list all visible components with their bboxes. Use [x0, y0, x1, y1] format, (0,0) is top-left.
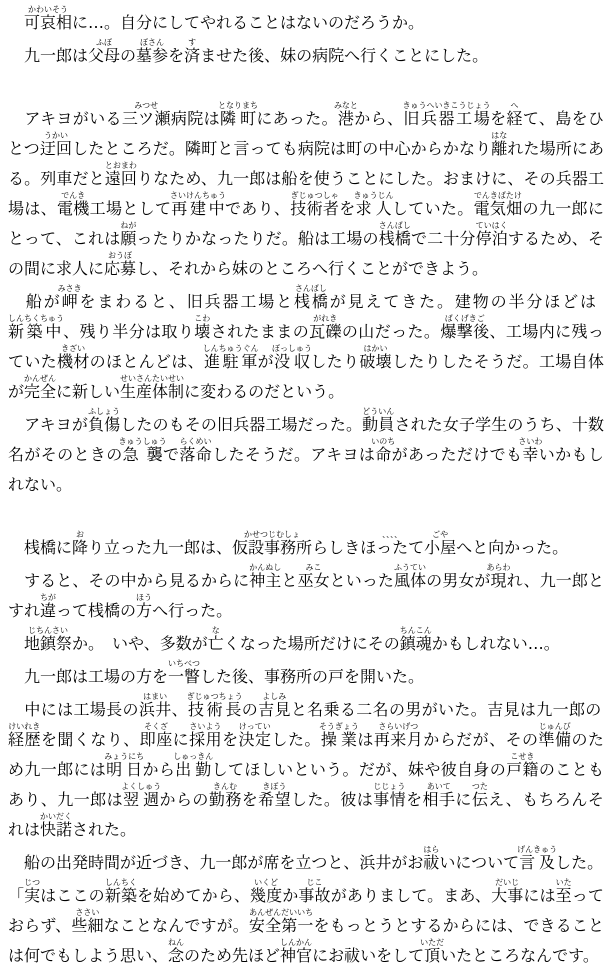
- paragraph: アキヨが負傷ふしょうしたのもその旧兵器工場だった。動員どういんされた女子学生のう…: [8, 407, 604, 500]
- ruby-word: 地鎮祭じちんさい: [24, 634, 72, 653]
- ruby-word: 明日みょうにち: [106, 760, 142, 779]
- ruby-word: 動員どういん: [362, 415, 394, 434]
- ruby-word: 応募おうぼ: [104, 259, 136, 278]
- ruby-word: 旧兵器工場きゅうへいきこうじょう: [403, 109, 489, 128]
- ruby-word: 祓はら: [423, 853, 439, 872]
- ruby-word: 再来月さらいげつ: [374, 730, 423, 749]
- ruby-word: 瓦礫がれき: [309, 322, 342, 341]
- ruby-word: 技術者ぎじゅつしゃ: [290, 199, 339, 218]
- ruby-word: 違ちが: [40, 601, 56, 620]
- ruby-word: 吉見よしみ: [258, 700, 291, 719]
- ruby-word: 準備じゅんび: [539, 730, 572, 749]
- ruby-word: 技術長ぎじゅつちょう: [188, 700, 241, 719]
- emphasized-word: ほったて、、、、: [360, 538, 424, 557]
- ruby-word: 些細ささい: [71, 916, 103, 935]
- ruby-word: 求人きゅうじん: [356, 199, 392, 218]
- ruby-word: 機材きざい: [57, 352, 90, 371]
- ruby-word: 遠回とおまわ: [105, 169, 137, 188]
- ruby-word: 桟橋さんばし: [294, 292, 330, 311]
- ruby-word: 港みなと: [338, 109, 354, 128]
- ruby-word: 破壊はかい: [359, 352, 392, 371]
- ruby-word: 離はな: [491, 139, 507, 158]
- ruby-word: 新築中しんちくちゅう: [8, 322, 63, 341]
- ruby-word: 岬みさき: [62, 292, 78, 311]
- ruby-word: 隣町となりまち: [220, 109, 256, 128]
- ruby-word: 壊こわ: [194, 322, 210, 341]
- ruby-word: 頂いただ: [424, 946, 440, 965]
- paragraph: 中には工場長の浜井はまい、技術長ぎじゅつちょうの吉見よしみと名乗る二名の男がいた…: [8, 692, 604, 845]
- ruby-word: 至いた: [556, 886, 572, 905]
- ruby-word: 一瞥いちべつ: [168, 667, 200, 686]
- ruby-word: 進駐軍しんちゅうぐん: [204, 352, 257, 371]
- paragraph: 「実じつはここの新築しんちくを始めてから、幾度いくどか事故じこがありまして。まあ…: [8, 878, 604, 971]
- paragraph: 桟橋に降おり立った九一郎は、仮設事務所かせつじむしょらしきほったて、、、、小屋ご…: [8, 530, 604, 563]
- paragraph: 地鎮祭じちんさいか。 いや、多数が亡なくなった場所だけにその鎮魂ちんこんかもしれ…: [8, 626, 604, 659]
- ruby-word: 巫女みこ: [297, 571, 329, 590]
- ruby-word: 父母ふぼ: [88, 46, 120, 65]
- paragraph: 船が岬みさきをまわると、旧兵器工場と桟橋さんばしが見えてきた。建物の半分ほどは新…: [8, 284, 604, 407]
- ruby-word: 戸籍こせき: [506, 760, 539, 779]
- ruby-word: 神主かんぬし: [249, 571, 281, 590]
- ruby-word: 電気畑でんきばたけ: [474, 199, 523, 218]
- ruby-word: 落命らくめい: [179, 445, 212, 464]
- ruby-word: 可哀相かわいそう: [24, 13, 72, 32]
- ruby-word: 没収ぼっしゅう: [274, 352, 310, 371]
- ruby-word: 操業そうぎょう: [321, 730, 357, 749]
- paragraph: アキヨがいる三ツ瀬みつせ病院は隣町となりまちにあった。港みなとから、旧兵器工場き…: [8, 101, 604, 284]
- ruby-word: 翌週よくしゅう: [123, 790, 159, 809]
- ruby-word: 迂回うかい: [40, 139, 72, 158]
- ruby-word: 小屋ごや: [424, 538, 456, 557]
- ruby-word: 神官しんかん: [280, 946, 312, 965]
- ruby-word: 現あらわ: [490, 571, 506, 590]
- ruby-word: 伝つた: [472, 790, 488, 809]
- ruby-word: 電機でんき: [57, 199, 90, 218]
- ruby-word: 風体ふうてい: [394, 571, 426, 590]
- ruby-word: 事情じじょう: [373, 790, 406, 809]
- paragraph: 九一郎は父母ふぼの墓参ぼさんを済すませた後、妹の病院へ行くことにした。: [8, 38, 604, 71]
- ruby-word: 念ねん: [168, 946, 184, 965]
- ruby-word: 快諾かいだく: [40, 820, 72, 839]
- ruby-word: 三ツ瀬みつせ: [122, 109, 171, 128]
- novel-text: 可哀相かわいそうに…。自分にしてやれることはないのだろうか。 九一郎は父母ふぼの…: [8, 5, 604, 971]
- ruby-word: 生産体制せいさんたいせい: [120, 382, 184, 401]
- ruby-word: 再建中さいけんちゅう: [171, 199, 224, 218]
- ruby-word: 希望きぼう: [258, 790, 291, 809]
- ruby-word: 負傷ふしょう: [88, 415, 120, 434]
- ruby-word: 済す: [184, 46, 200, 65]
- ruby-word: 幾度いくど: [250, 886, 282, 905]
- ruby-word: 降お: [72, 538, 88, 557]
- ruby-word: 完全かんぜん: [24, 382, 56, 401]
- paragraph: 船の出発時間が近づき、九一郎が席を立つと、浜井がお祓はらいについて言及げんきゅう…: [8, 845, 604, 878]
- ruby-word: 爆撃後ばくげきご: [440, 322, 489, 341]
- ruby-word: 安全第一あんぜんだいいち: [249, 916, 314, 935]
- ruby-word: 相手あいて: [423, 790, 456, 809]
- ruby-word: 即座そくざ: [140, 730, 173, 749]
- ruby-word: 実じつ: [24, 886, 40, 905]
- paragraph: 可哀相かわいそうに…。自分にしてやれることはないのだろうか。: [8, 5, 604, 38]
- ruby-word: 急襲きゅうしゅう: [123, 445, 163, 464]
- ruby-word: 方ほう: [136, 601, 152, 620]
- ruby-word: 大事だいじ: [491, 886, 523, 905]
- novel-page: 可哀相かわいそうに…。自分にしてやれることはないのだろうか。 九一郎は父母ふぼの…: [0, 0, 609, 971]
- ruby-word: 仮設事務所かせつじむしょ: [232, 538, 312, 557]
- ruby-word: 採用さいよう: [189, 730, 222, 749]
- ruby-word: 鎮魂ちんこん: [400, 634, 432, 653]
- ruby-word: 新築しんちく: [105, 886, 137, 905]
- ruby-word: 命いのち: [375, 445, 391, 464]
- ruby-word: 経へ: [506, 109, 522, 128]
- ruby-word: 言及げんきゅう: [519, 853, 555, 872]
- ruby-word: 幸さいわ: [522, 445, 538, 464]
- ruby-word: 決定けってい: [239, 730, 272, 749]
- ruby-word: 願ねが: [120, 229, 136, 248]
- ruby-word: 桟橋さんばし: [379, 229, 411, 248]
- paragraph: すると、その中から見るからに神主かんぬしと巫女みこといった風体ふうていの男女が現…: [8, 563, 604, 626]
- ruby-word: 経歴けいれき: [8, 730, 41, 749]
- ruby-word: 停泊ていはく: [476, 229, 508, 248]
- ruby-word: 勤務きんむ: [209, 790, 242, 809]
- ruby-word: 事故じこ: [298, 886, 330, 905]
- ruby-word: 亡な: [208, 634, 224, 653]
- ruby-word: 浜井はまい: [139, 700, 172, 719]
- paragraph: 九一郎は工場の方を一瞥いちべつした後、事務所の戸を開いた。: [8, 659, 604, 692]
- ruby-word: 出勤しゅっきん: [175, 760, 211, 779]
- ruby-word: 墓参ぼさん: [136, 46, 168, 65]
